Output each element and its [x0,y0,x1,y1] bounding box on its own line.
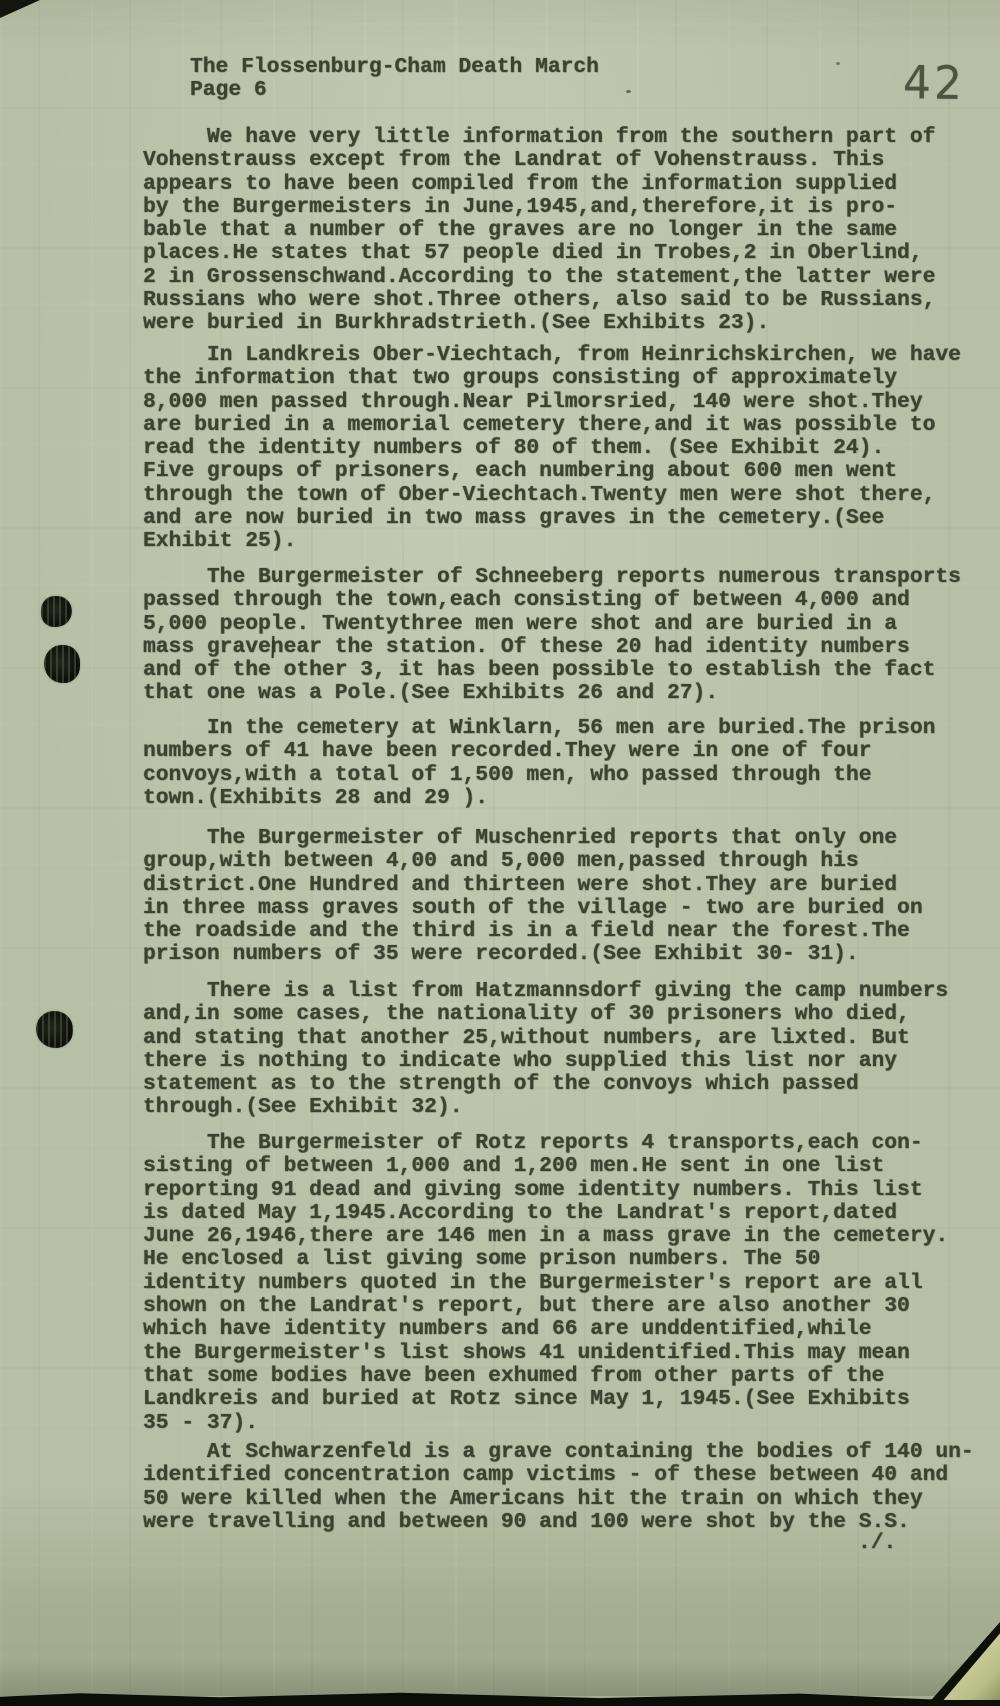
punch-hole-middle [44,645,80,683]
ink-speck [836,62,840,65]
paragraph-hatzmannsdorf: There is a list from Hatzmannsdorf givin… [143,980,948,1120]
document-title: The Flossenburg-Cham Death March [190,55,599,79]
paragraph-muschenried: The Burgermeister of Muschenried reports… [143,827,923,967]
paragraph-schneeberg: The Burgermeister of Schneeberg reports … [143,566,961,706]
paragraph-rotz: The Burgermeister of Rotz reports 4 tran… [143,1132,948,1435]
paragraph-vohenstrauss: We have very little information from the… [143,126,935,336]
scan-bottom-shadow [0,1656,1000,1696]
continuation-mark: ./. [858,1532,896,1555]
ink-speck [626,90,631,93]
paragraph-schwarzenfeld: At Schwarzenfeld is a grave containing t… [143,1441,974,1534]
paragraph-ober-viechtach: In Landkreis Ober-Viechtach, from Heinri… [143,344,961,554]
scanned-document-page: The Flossenburg-Cham Death MarchPage 6 4… [0,0,1000,1706]
scan-edge-top-left [0,0,40,18]
paragraph-winklarn: In the cemetery at Winklarn, 56 men are … [143,717,935,810]
handwritten-page-number: 42 [903,57,965,111]
punch-hole-top [41,596,72,627]
page-label: Page 6 [190,78,267,102]
punch-hole-bottom [36,1011,73,1048]
document-header: The Flossenburg-Cham Death MarchPage 6 [190,56,599,103]
